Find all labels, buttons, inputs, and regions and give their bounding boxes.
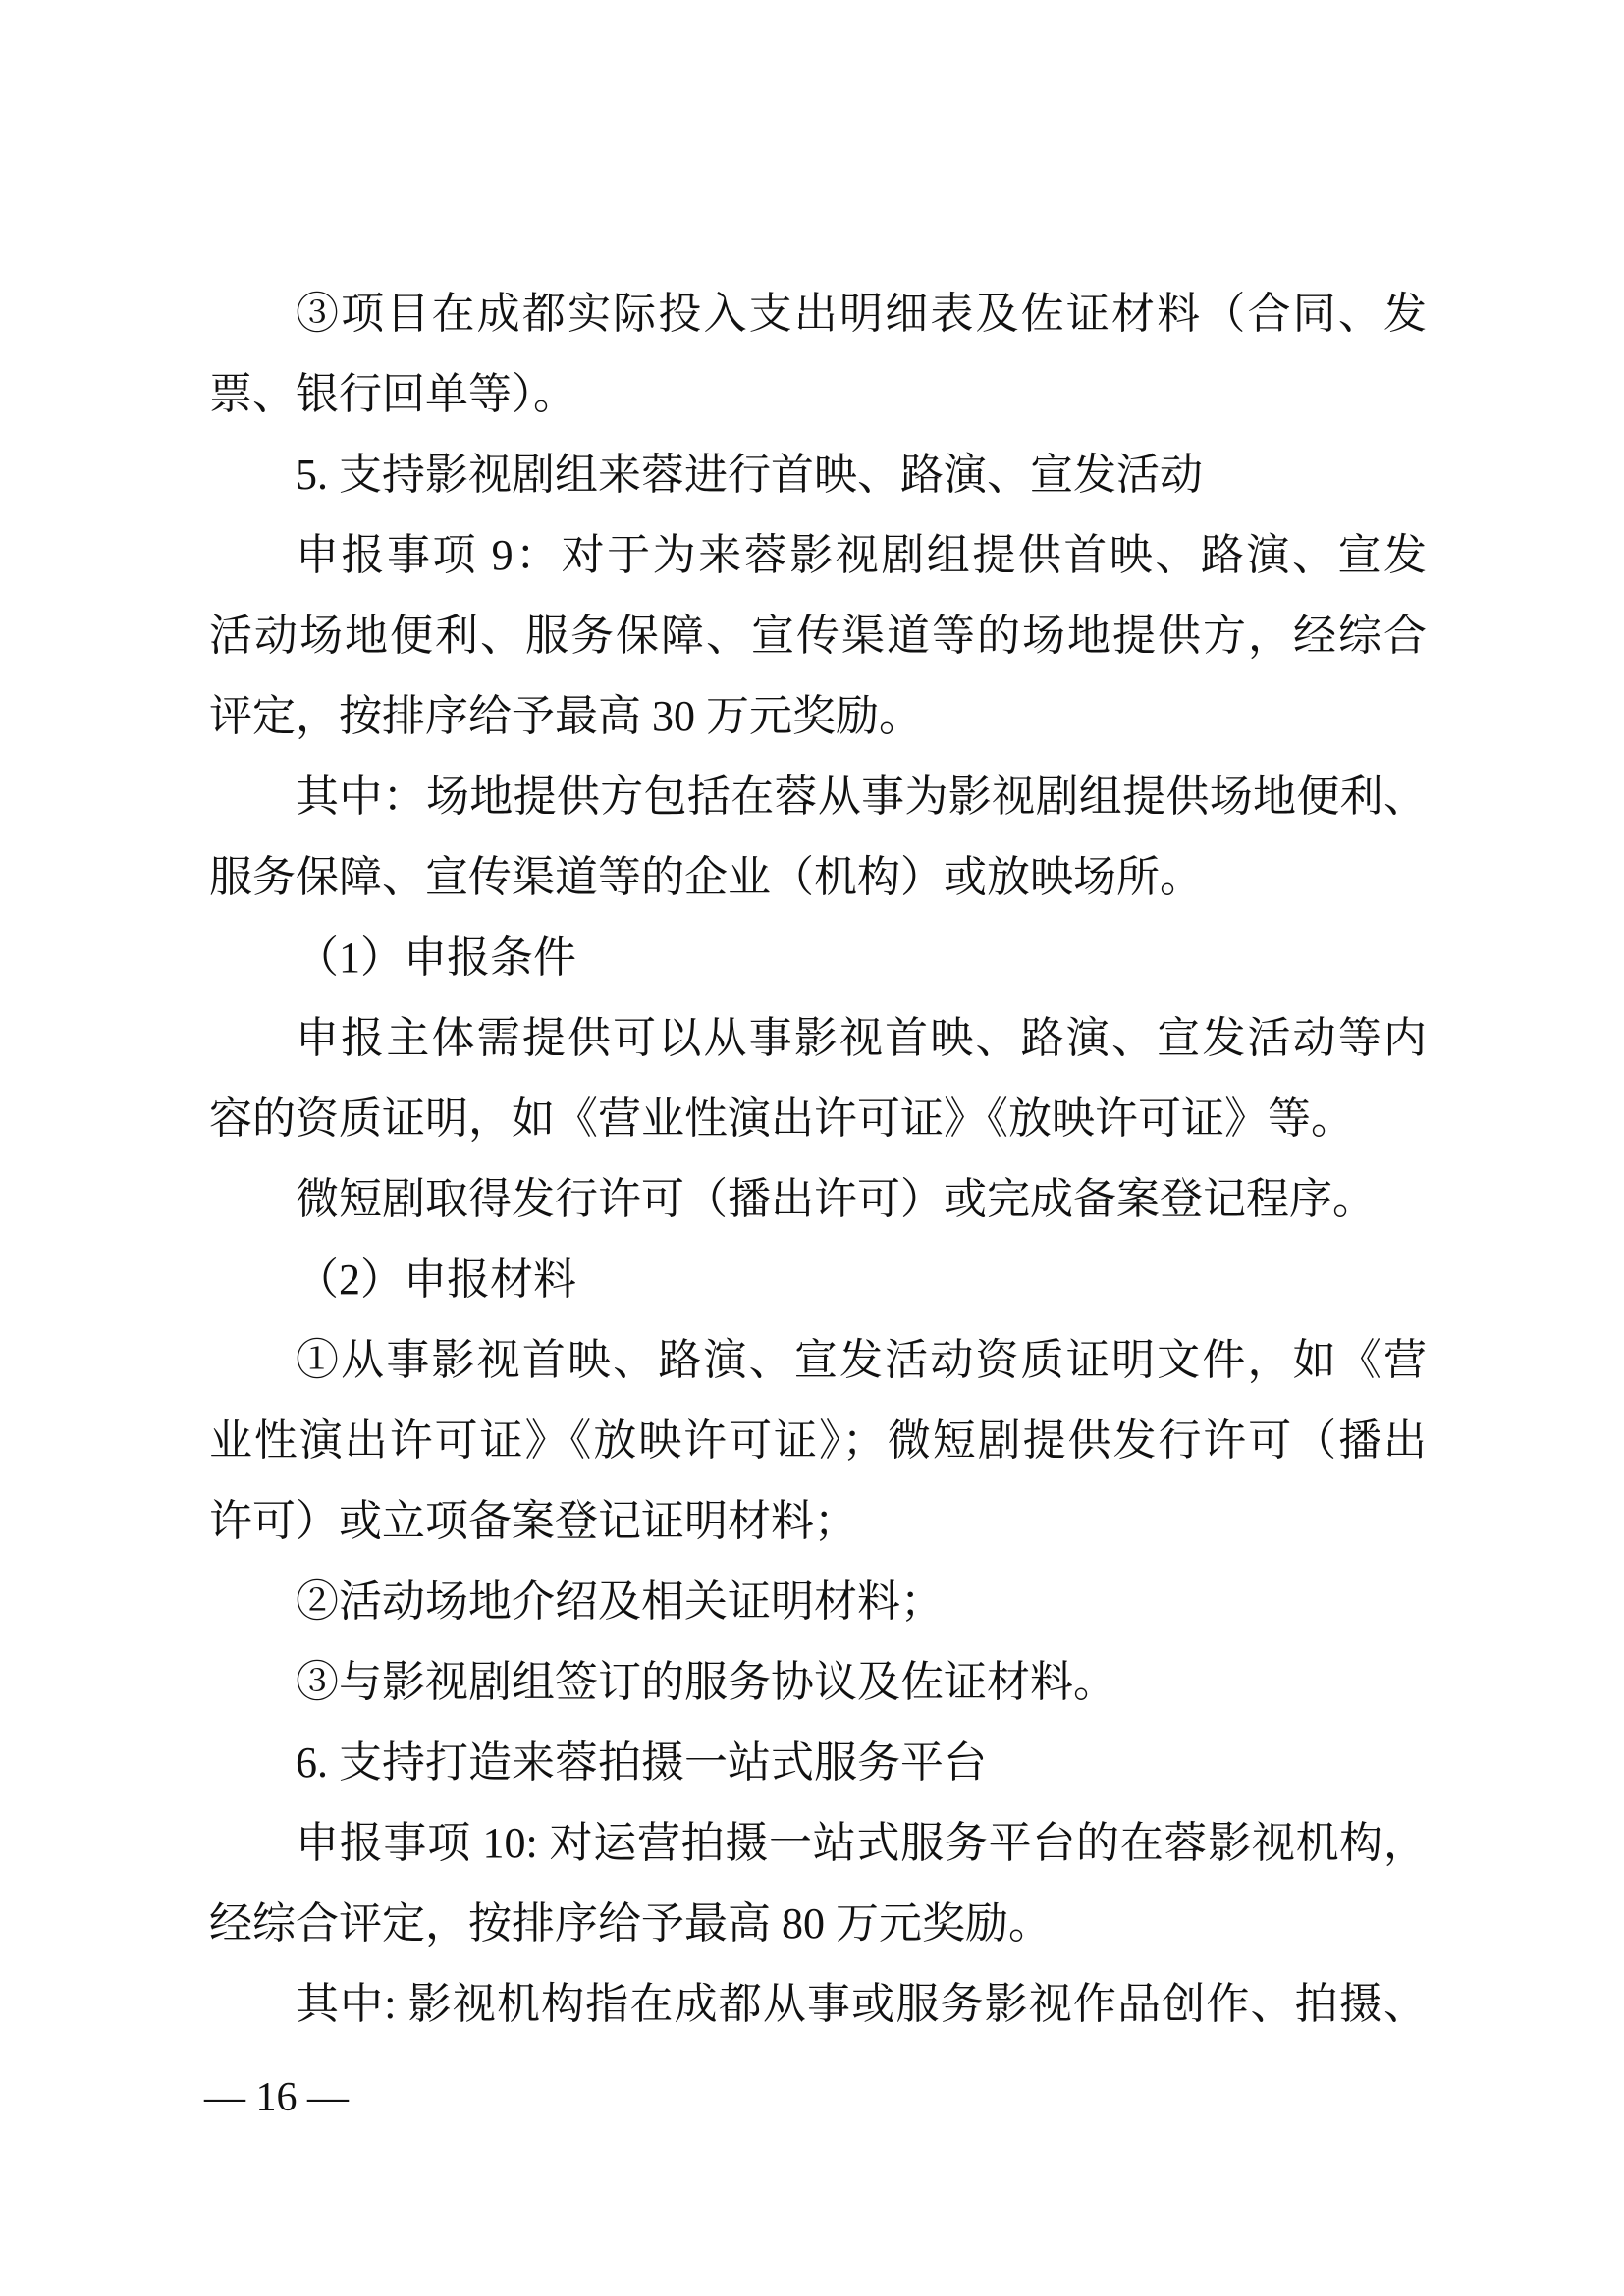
text-line: 服务保障、宣传渠道等的企业（机构）或放映场所。 [209, 837, 1427, 918]
text-line: 其中：场地提供方包括在蓉从事为影视剧组提供场地便利、 [209, 757, 1427, 837]
text-line: 活动场地便利、服务保障、宣传渠道等的场地提供方，经综合 [209, 596, 1427, 676]
text-line: （1）申报条件 [209, 918, 1427, 998]
text-line: 6. 支持打造来蓉拍摄一站式服务平台 [209, 1723, 1427, 1803]
text-line: ③与影视剧组签订的服务协议及佐证材料。 [209, 1642, 1427, 1723]
text-line: 票、银行回单等）。 [209, 354, 1427, 435]
text-line: 经综合评定，按排序给予最高 80 万元奖励。 [209, 1884, 1427, 1964]
text-line: 申报主体需提供可以从事影视首映、路演、宣发活动等内 [209, 998, 1427, 1079]
text-line: ②活动场地介绍及相关证明材料； [209, 1562, 1427, 1642]
text-line: （2）申报材料 [209, 1240, 1427, 1320]
text-line: 申报事项 9：对于为来蓉影视剧组提供首映、路演、宣发 [209, 515, 1427, 596]
text-line: 业性演出许可证》《放映许可证》；微短剧提供发行许可（播出 [209, 1401, 1427, 1481]
text-line: 其中: 影视机构指在成都从事或服务影视作品创作、拍摄、 [209, 1964, 1427, 2045]
text-line: 申报事项 10: 对运营拍摄一站式服务平台的在蓉影视机构， [209, 1803, 1427, 1884]
text-line: 评定，按排序给予最高 30 万元奖励。 [209, 676, 1427, 757]
text-line: 许可）或立项备案登记证明材料； [209, 1481, 1427, 1562]
text-line: ③项目在成都实际投入支出明细表及佐证材料（合同、发 [209, 274, 1427, 354]
document-page: ③项目在成都实际投入支出明细表及佐证材料（合同、发 票、银行回单等）。 5. 支… [0, 0, 1624, 2296]
body-text: ③项目在成都实际投入支出明细表及佐证材料（合同、发 票、银行回单等）。 5. 支… [209, 274, 1427, 2045]
text-line: 微短剧取得发行许可（播出许可）或完成备案登记程序。 [209, 1159, 1427, 1240]
text-line: ①从事影视首映、路演、宣发活动资质证明文件，如《营 [209, 1320, 1427, 1401]
text-line: 5. 支持影视剧组来蓉进行首映、路演、宣发活动 [209, 435, 1427, 515]
page-number: — 16 — [204, 2073, 349, 2122]
text-line: 容的资质证明，如《营业性演出许可证》《放映许可证》等。 [209, 1079, 1427, 1159]
